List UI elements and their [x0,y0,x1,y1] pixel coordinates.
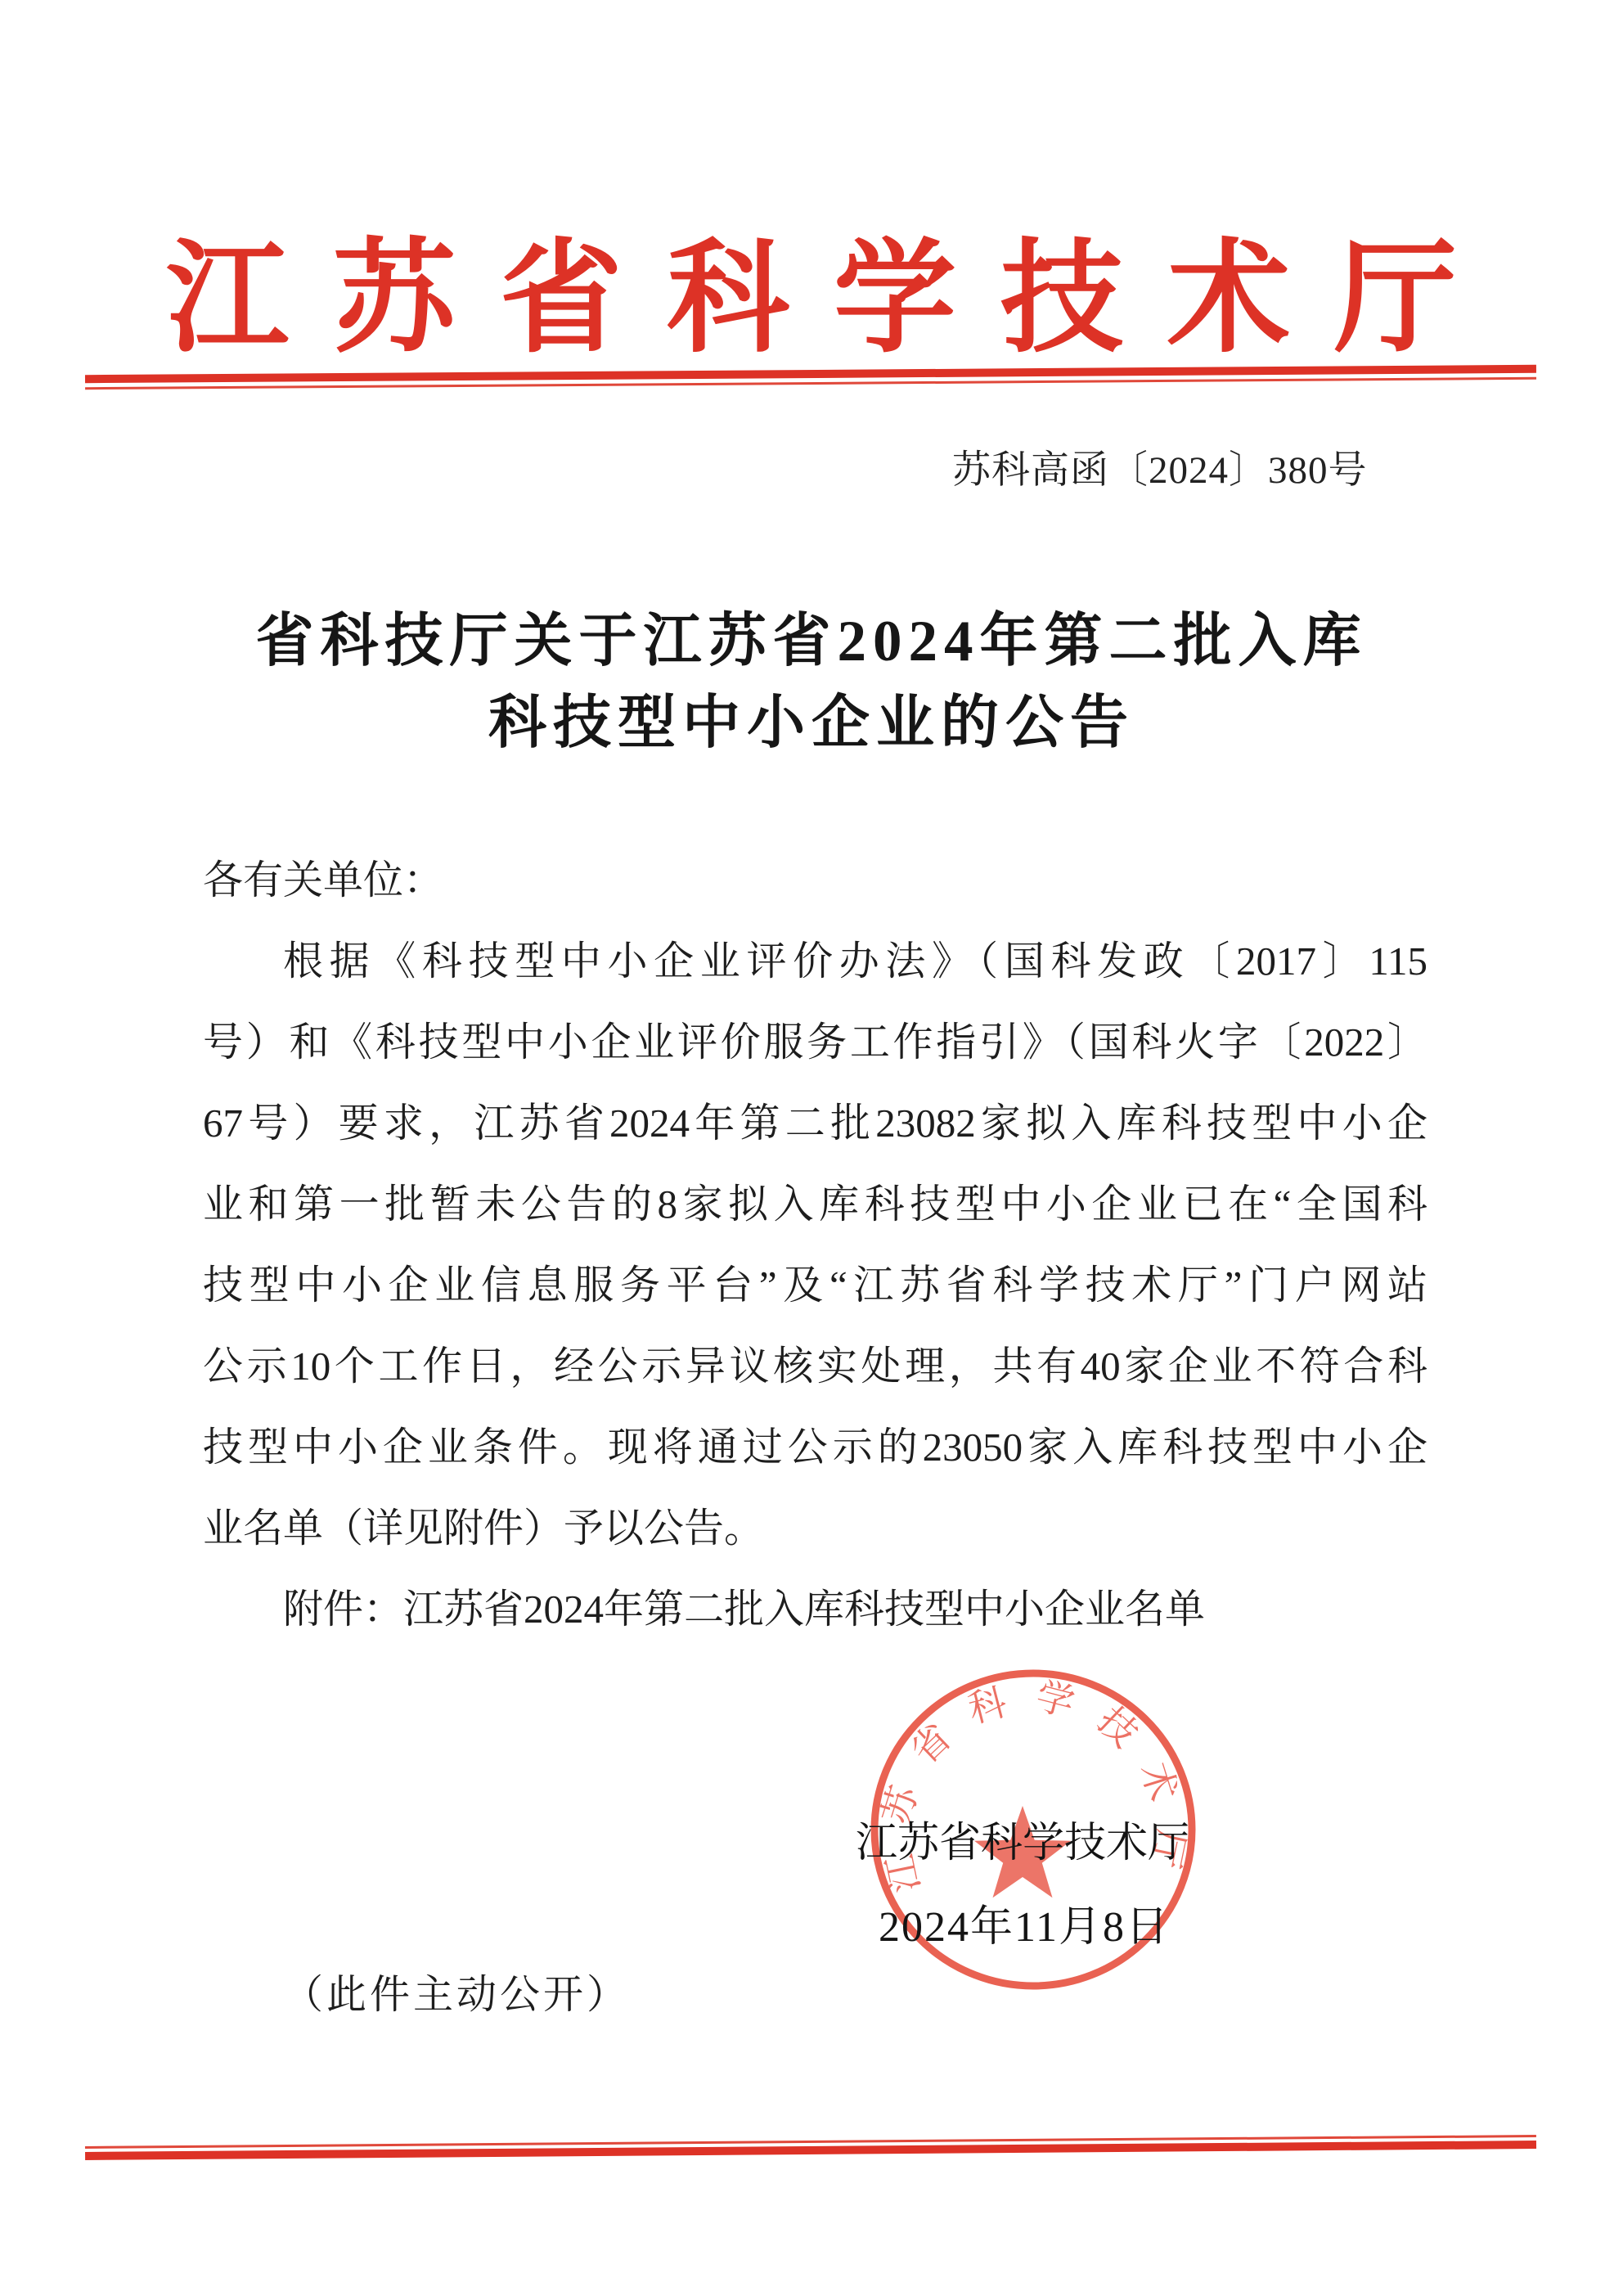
body-line: 号）和《科技型中小企业评价服务工作指引》（国科火字〔2022〕 [203,1002,1427,1083]
attachment-line: 附件：江苏省2024年第二批入库科技型中小企业名单 [203,1569,1427,1650]
doc-title-line2: 科技型中小企业的公告 [0,689,1623,758]
body-line: 业名单（详见附件）予以公告。 [203,1488,1427,1569]
agency-letterhead-title: 江苏省科学技术厅 [0,231,1623,368]
issuing-authority-signature: 江苏省科学技术厅 [856,1820,1183,1867]
letterhead-rule [85,365,1536,389]
footer-rule [85,2135,1536,2160]
document-page: 江苏省科学技术厅 苏科高函〔2024〕380号 省科技厅关于江苏省2024年第二… [0,0,1623,2296]
issue-date: 2024年11月8日 [877,1905,1171,1951]
rule-thick-bar [85,2141,1536,2160]
body-line: 根据《科技型中小企业评价办法》（国科发政〔2017〕115 [203,921,1427,1002]
doc-reference-number: 苏科高函〔2024〕380号 [952,445,1368,496]
doc-title-line1: 省科技厅关于江苏省2024年第二批入库 [0,607,1623,676]
disclosure-note: （此件主动公开） [283,1970,630,2019]
body-line: 67号）要求，江苏省2024年第二批23082家拟入库科技型中小企 [203,1083,1427,1164]
body-line: 技型中小企业信息服务平台”及“江苏省科学技术厅”门户网站 [203,1245,1427,1326]
body-line: 公示10个工作日，经公示异议核实处理，共有40家企业不符合科 [203,1326,1427,1407]
salutation: 各有关单位： [203,840,1427,921]
body-text-block: 各有关单位： 根据《科技型中小企业评价办法》（国科发政〔2017〕115 号）和… [203,840,1427,1650]
body-line: 业和第一批暂未公告的8家拟入库科技型中小企业已在“全国科 [203,1164,1427,1245]
body-line: 技型中小企业条件。现将通过公示的23050家入库科技型中小企 [203,1407,1427,1488]
